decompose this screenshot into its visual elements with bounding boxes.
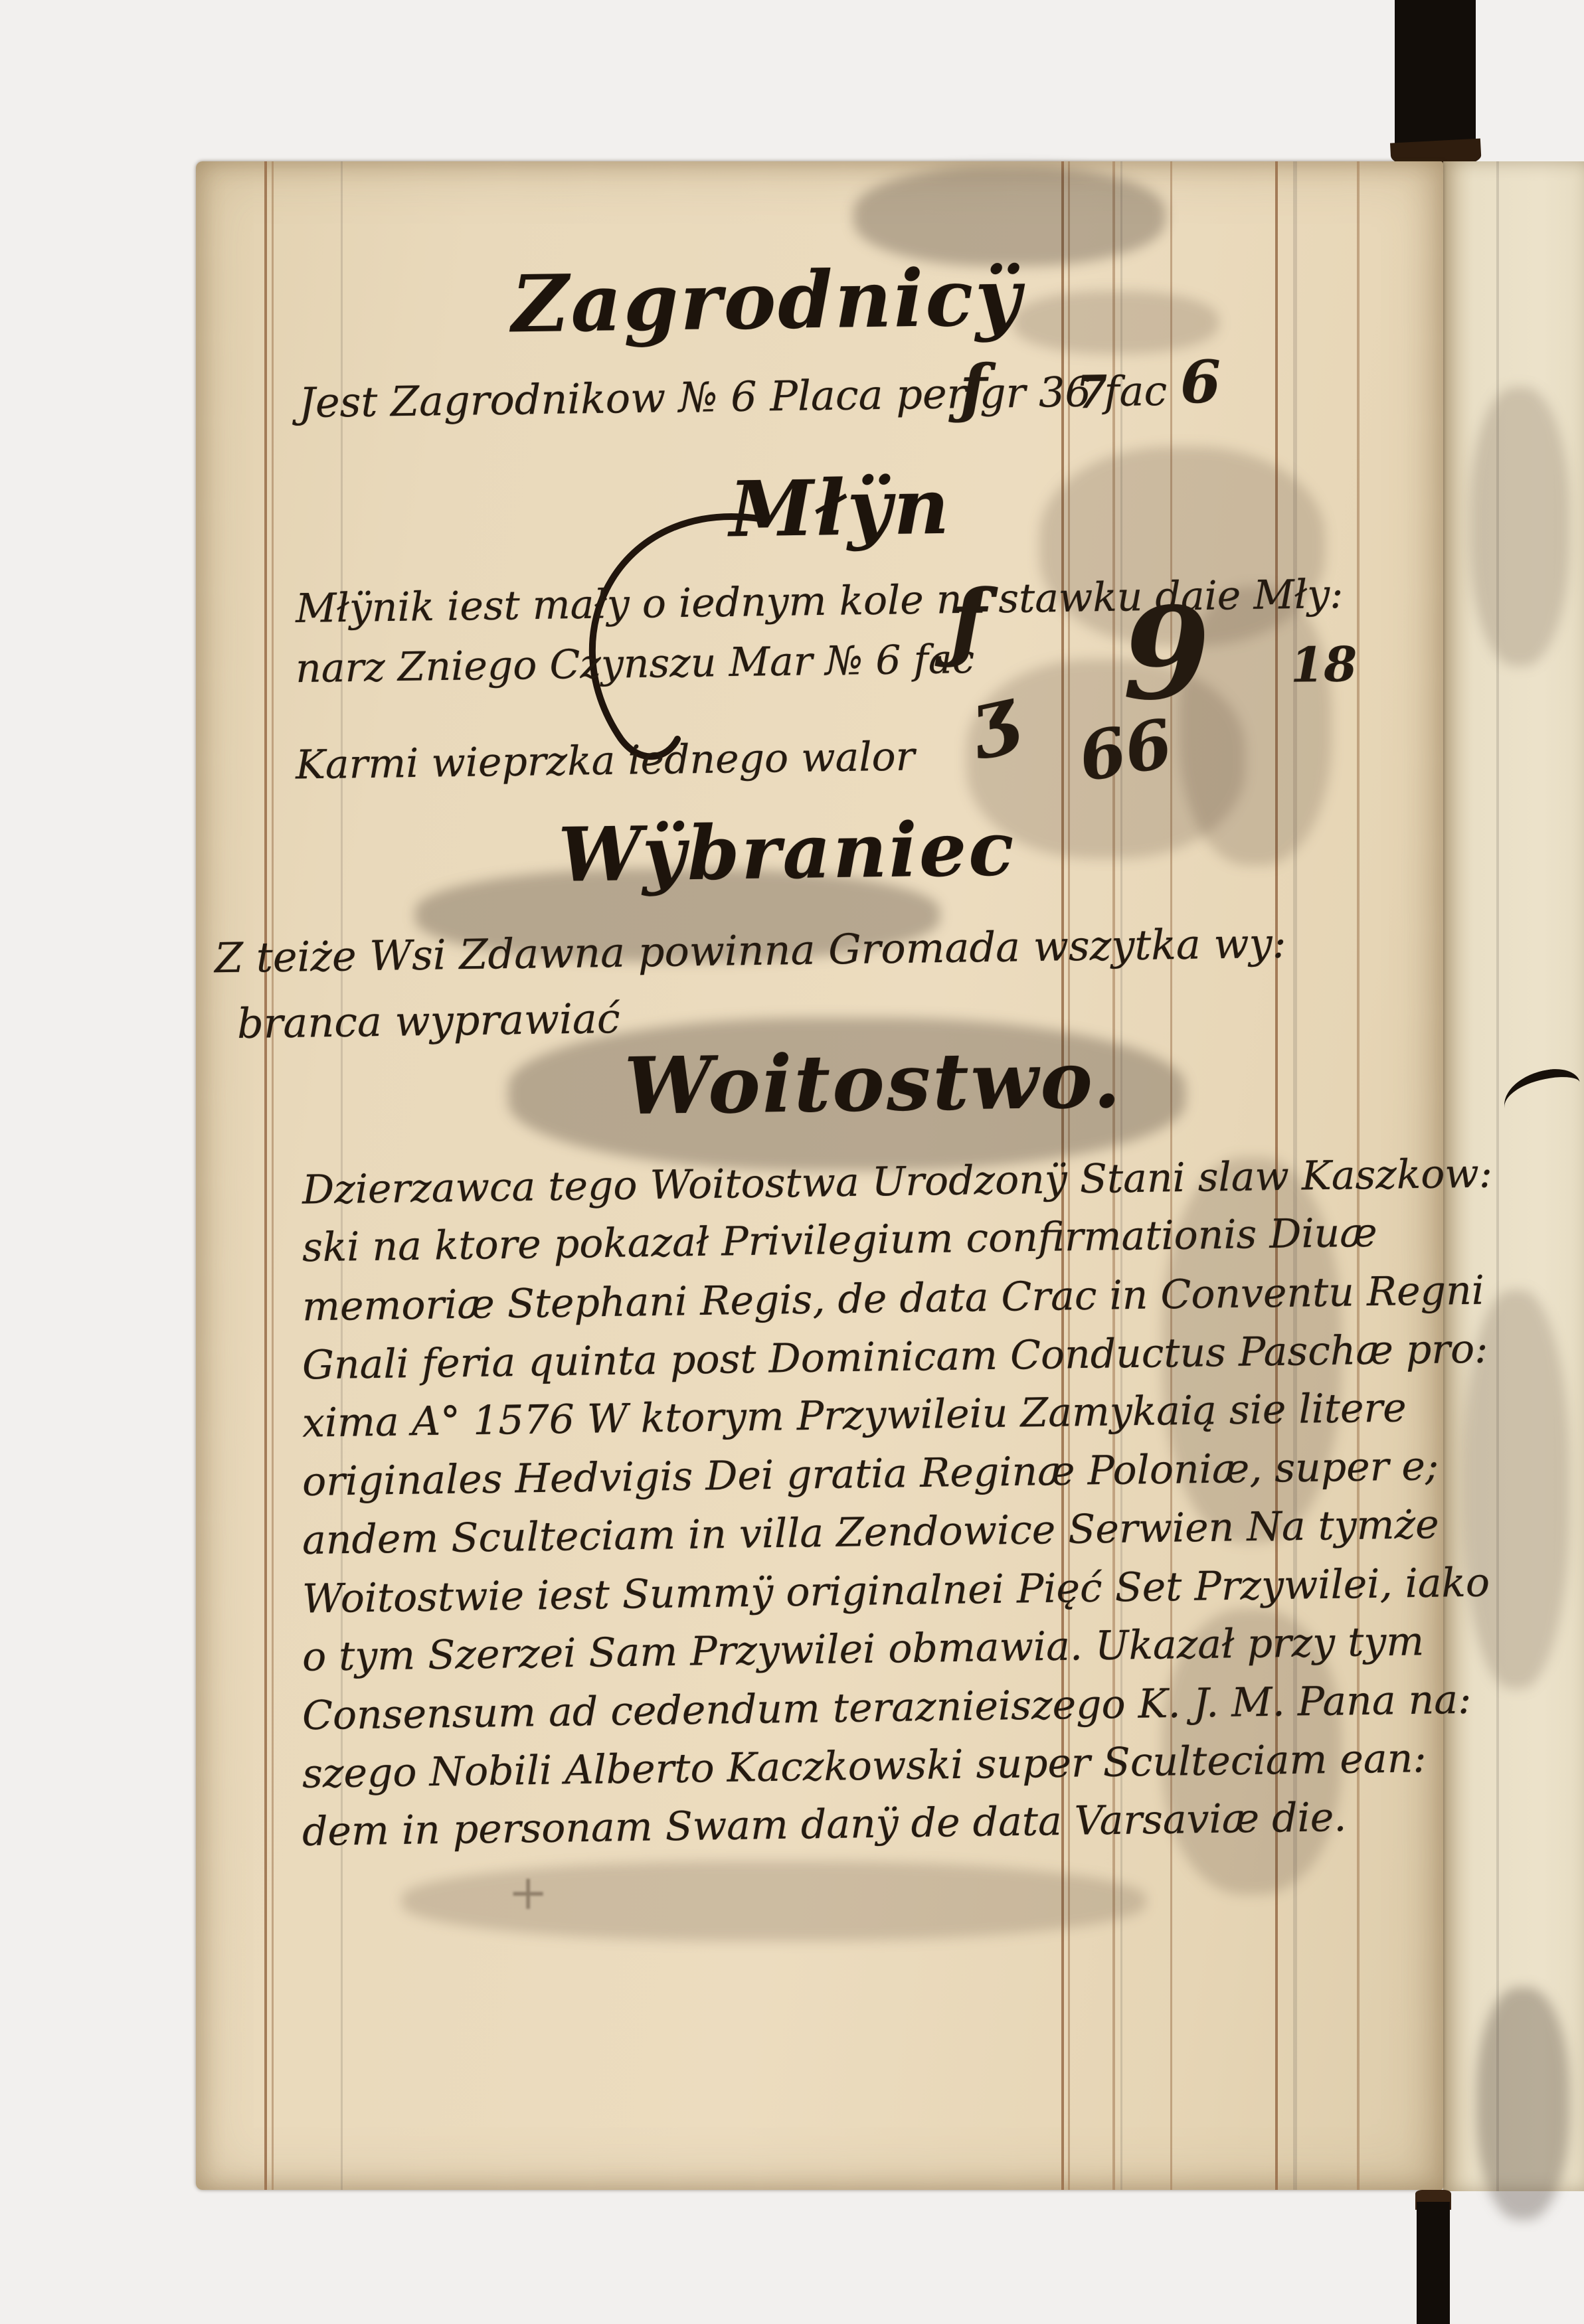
- bookmark-ribbon-bottom: [1417, 2202, 1450, 2324]
- section-heading-mlyn: Młÿn: [634, 461, 1047, 556]
- wybraniec-line-2: branca wyprawiać: [237, 994, 621, 1048]
- section-heading-zagrodnicy: Zagrodnicÿ: [448, 250, 1087, 351]
- zagrodnicy-col2-value: 6: [1180, 347, 1221, 417]
- mlyn-line-3: Karmi wieprzka iednego walor: [296, 733, 915, 788]
- mlyn-sub-value: 66: [1073, 704, 1178, 797]
- florin-mark: ƒ: [959, 351, 988, 426]
- mlyn-line-2: narz Zniego Czynszu Mar № 6 fac: [296, 636, 975, 692]
- wybraniec-line-1: Z teiże Wsi Zdawna powinna Gromada wszyt…: [215, 919, 1286, 983]
- zagrodnicy-line: Jest Zagrodnikow № 6 Placa per gr 36 fac: [299, 367, 1168, 427]
- manuscript-scan: + Zagrodnicÿ Jest Zagrodnikow № 6 Placa …: [0, 0, 1584, 2324]
- section-heading-wybraniec: Wÿbraniec: [514, 805, 1060, 899]
- ink-stroke-next-page: [1500, 1065, 1582, 1108]
- bleedthrough-stain: [1476, 1987, 1569, 2220]
- left-margin-rule-2: [272, 161, 274, 2190]
- mlyn-flourish-mark-1: ƒ: [949, 572, 987, 672]
- left-margin-rule: [264, 161, 267, 2190]
- woitostwo-line-8: Woitostwie iest Summÿ originalnei Pięć S…: [302, 1560, 1490, 1623]
- mlyn-big-value: 9: [1121, 579, 1211, 728]
- woitostwo-line-7: andem Sculteciam in villa Zendowice Serw…: [302, 1501, 1440, 1564]
- bleedthrough-stain: [1470, 387, 1569, 666]
- manuscript-page: + Zagrodnicÿ Jest Zagrodnikow № 6 Placa …: [196, 161, 1443, 2190]
- zagrodnicy-col1-value: 7: [1075, 366, 1107, 420]
- mlyn-col2-value: 18: [1290, 635, 1357, 693]
- section-heading-woitostwo: Woitostwo.: [567, 1033, 1180, 1133]
- bleedthrough-cross-mark: +: [508, 1865, 548, 1920]
